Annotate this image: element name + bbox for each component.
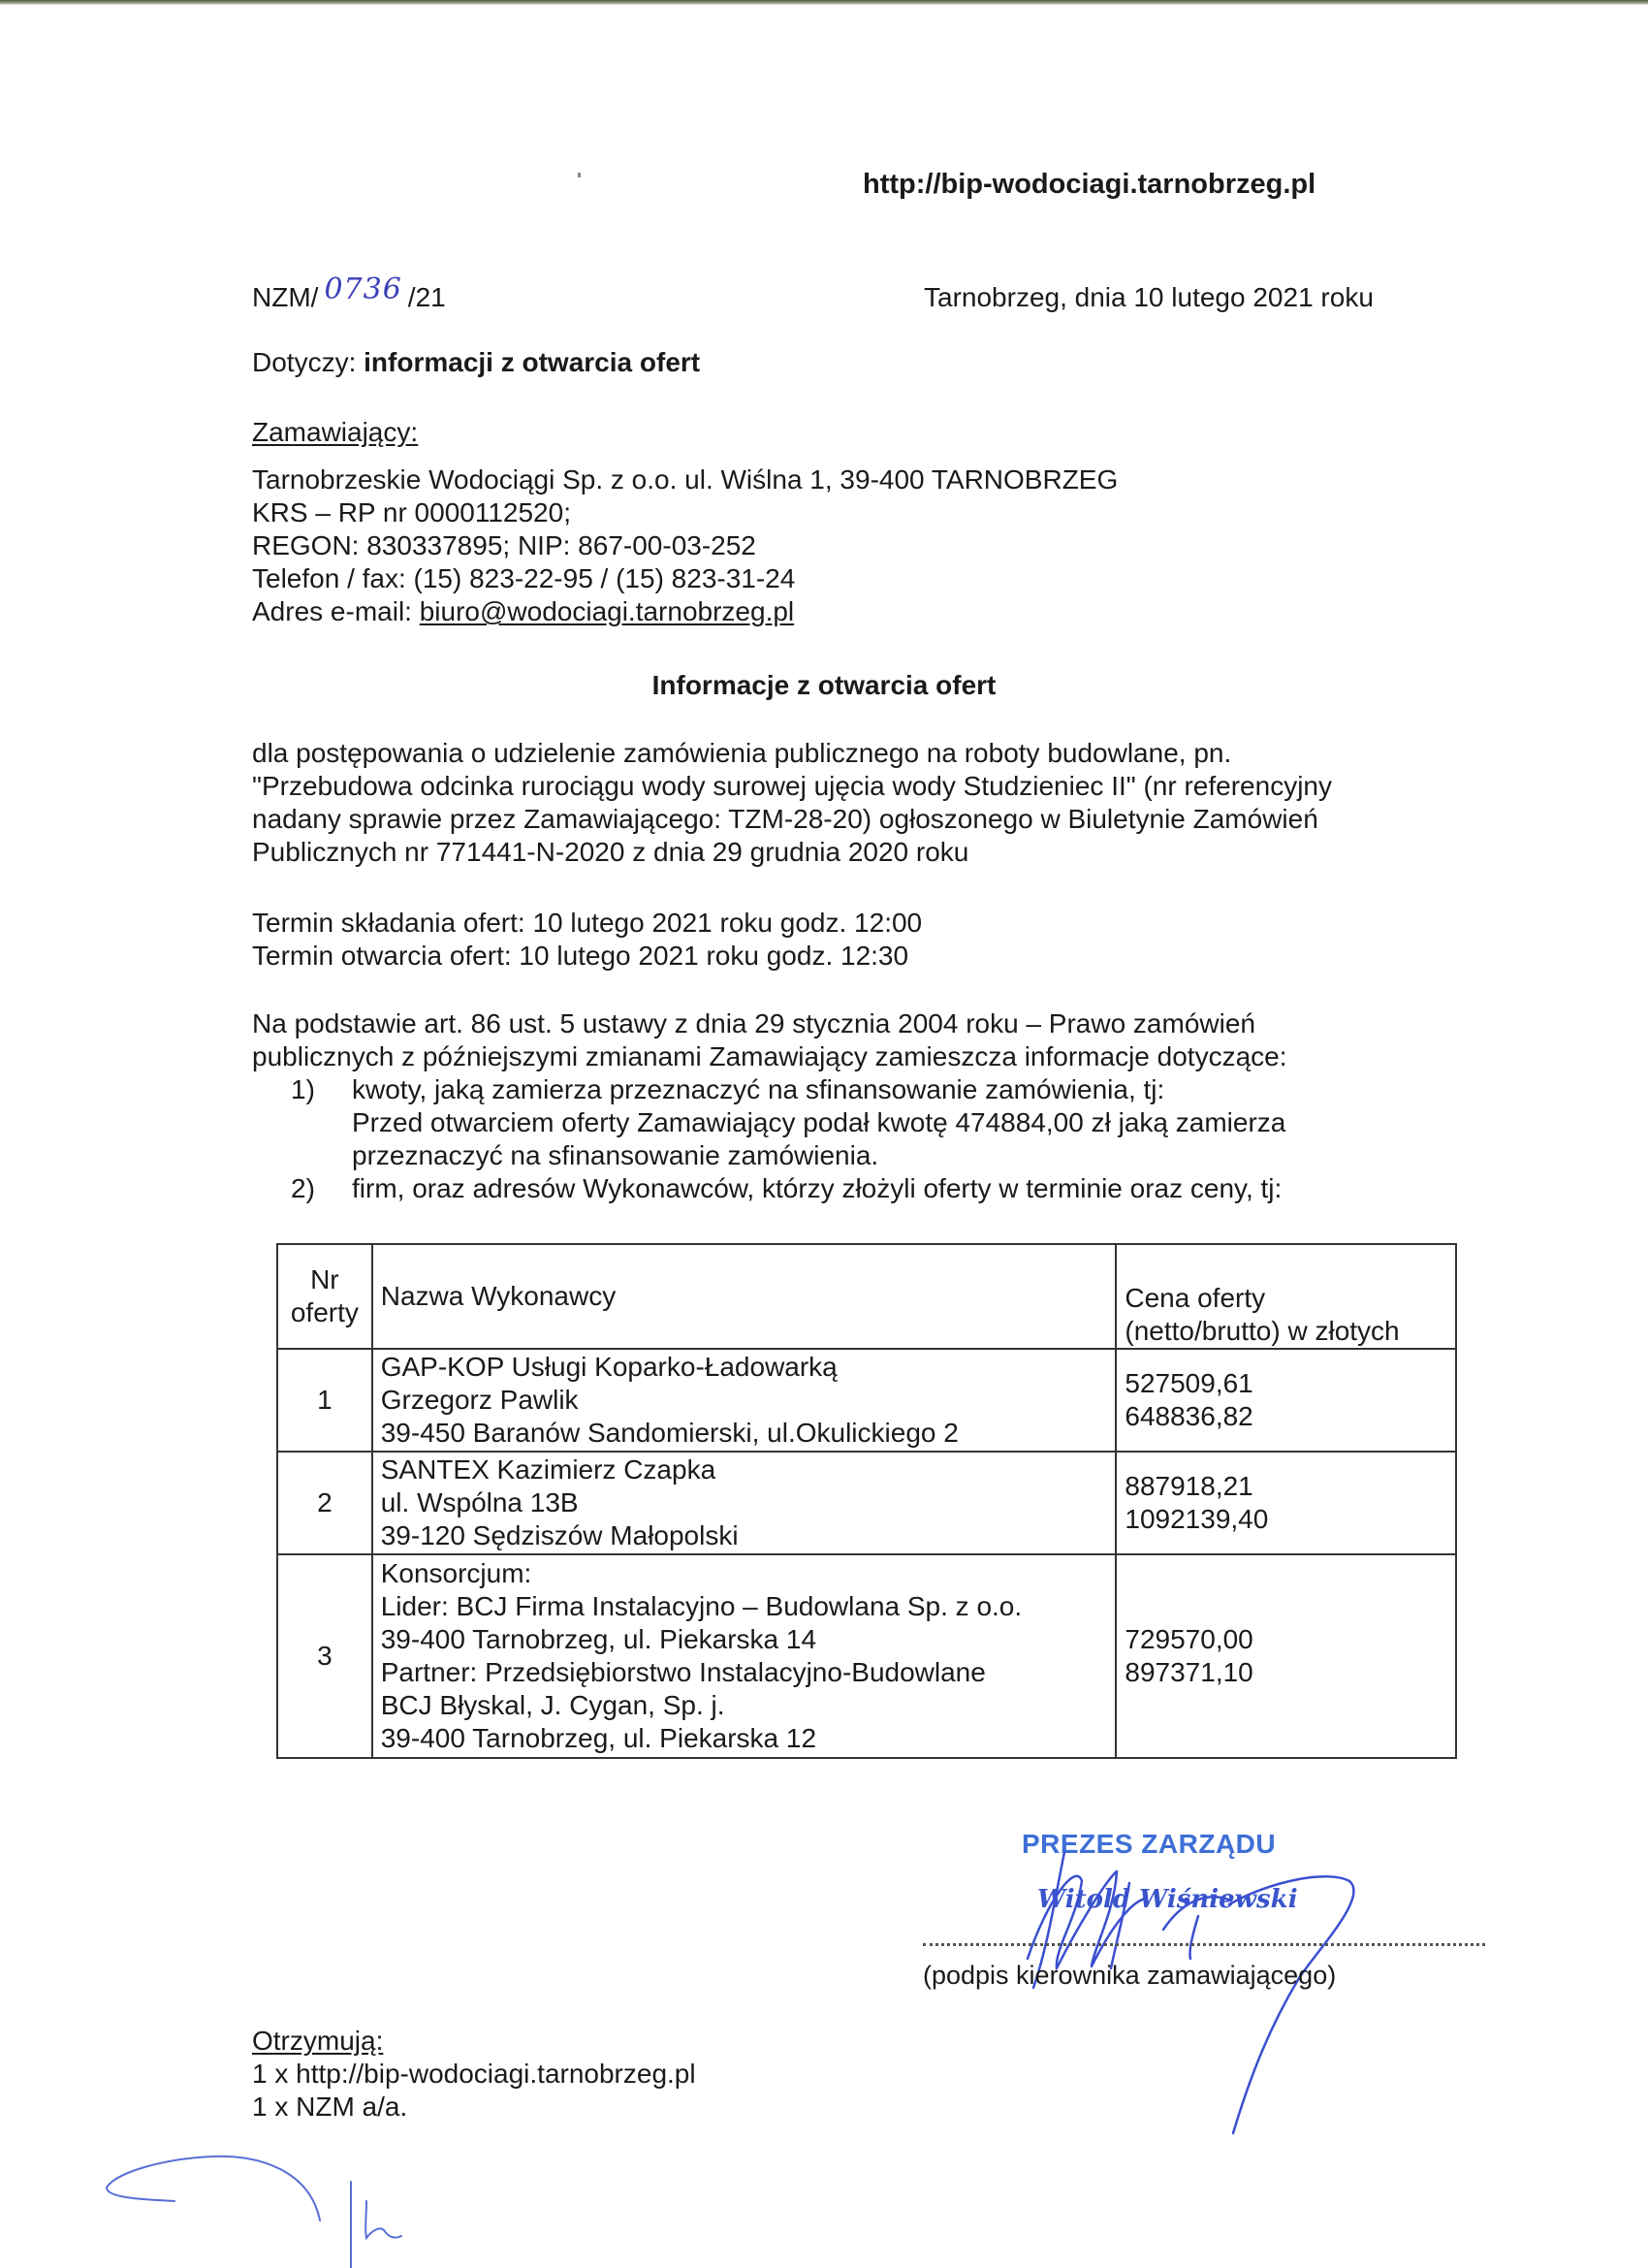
signature-caption: (podpis kierownika zamawiającego) <box>923 1961 1336 1991</box>
section-title: Informacje z otwarcia ofert <box>0 669 1648 702</box>
orderer-phone-fax: Telefon / fax: (15) 823-22-95 / (15) 823… <box>252 562 1118 595</box>
handwritten-reference-number: 0736 <box>324 272 401 306</box>
opening-deadline: Termin otwarcia ofert: 10 lutego 2021 ro… <box>252 940 922 973</box>
orderer-regon-nip: REGON: 830337895; NIP: 867-00-03-252 <box>252 529 1118 562</box>
reference-suffix: /21 <box>408 282 446 312</box>
orderer-address: Tarnobrzeskie Wodociągi Sp. z o.o. ul. W… <box>252 463 1118 496</box>
contractor-line: Partner: Przedsiębiorstwo Instalacyjno-B… <box>381 1656 1108 1689</box>
recipient-item: 1 x http://bip-wodociagi.tarnobrzeg.pl <box>252 2058 696 2091</box>
legal-item-detail: przeznaczyć na sfinansowanie zamówienia. <box>252 1139 1287 1172</box>
contractor-name: GAP-KOP Usługi Koparko-Ładowarką Grzegor… <box>372 1349 1117 1452</box>
subject-text: informacji z otwarcia ofert <box>364 347 700 377</box>
subject-label: Dotyczy: <box>252 347 356 377</box>
legal-item-text: kwoty, jaką zamierza przeznaczyć na sfin… <box>352 1074 1164 1104</box>
intro-line: nadany sprawie przez Zamawiającego: TZM-… <box>252 803 1332 836</box>
scan-edge <box>0 0 1648 5</box>
table-row: 2 SANTEX Kazimierz Czapka ul. Wspólna 13… <box>277 1452 1456 1554</box>
header-text: oferty <box>278 1296 371 1329</box>
offer-number: 1 <box>277 1349 372 1452</box>
orderer-krs: KRS – RP nr 0000112520; <box>252 496 1118 529</box>
price-netto: 887918,21 <box>1125 1470 1447 1503</box>
price-brutto: 1092139,40 <box>1125 1503 1447 1536</box>
price-brutto: 897371,10 <box>1125 1656 1447 1689</box>
contractor-line: 39-120 Sędziszów Małopolski <box>381 1519 1108 1552</box>
recipient-item: 1 x NZM a/a. <box>252 2091 696 2124</box>
offer-price: 887918,21 1092139,40 <box>1116 1452 1456 1554</box>
header-text: Nr <box>278 1263 371 1296</box>
legal-item-1: 1)kwoty, jaką zamierza przeznaczyć na sf… <box>252 1073 1287 1106</box>
recipients-label: Otrzymują: <box>252 2025 696 2058</box>
contractor-line: Konsorcjum: <box>381 1557 1108 1590</box>
list-number: 2) <box>291 1172 352 1205</box>
orderer-details: Tarnobrzeskie Wodociągi Sp. z o.o. ul. W… <box>252 463 1118 628</box>
contractor-name: SANTEX Kazimierz Czapka ul. Wspólna 13B … <box>372 1452 1117 1554</box>
contractor-line: 39-400 Tarnobrzeg, ul. Piekarska 14 <box>381 1623 1108 1656</box>
deadlines: Termin składania ofert: 10 lutego 2021 r… <box>252 907 922 973</box>
offer-number: 3 <box>277 1554 372 1758</box>
header-url: http://bip-wodociagi.tarnobrzeg.pl <box>863 169 1315 201</box>
scan-speck <box>578 173 581 177</box>
header-offer-price: Cena oferty (netto/brutto) w złotych <box>1116 1244 1456 1349</box>
legal-item-detail: Przed otwarciem oferty Zamawiający podał… <box>252 1106 1287 1139</box>
email-link[interactable]: biuro@wodociagi.tarnobrzeg.pl <box>420 596 794 626</box>
contractor-line: BCJ Błyskal, J. Cygan, Sp. j. <box>381 1689 1108 1722</box>
header-contractor-name: Nazwa Wykonawcy <box>372 1244 1117 1349</box>
legal-item-text: firm, oraz adresów Wykonawców, którzy zł… <box>352 1173 1282 1203</box>
contractor-line: 39-450 Baranów Sandomierski, ul.Okulicki… <box>381 1417 1108 1450</box>
contractor-line: Grzegorz Pawlik <box>381 1384 1108 1417</box>
intro-line: "Przebudowa odcinka rurociągu wody surow… <box>252 770 1332 803</box>
price-netto: 527509,61 <box>1125 1367 1447 1400</box>
reference-number: NZM/0736/21 <box>252 281 446 314</box>
offers-table: Nr oferty Nazwa Wykonawcy Cena oferty (n… <box>276 1243 1457 1759</box>
header-text: (netto/brutto) w złotych <box>1125 1315 1447 1348</box>
legal-line: Na podstawie art. 86 ust. 5 ustawy z dni… <box>252 1007 1287 1040</box>
table-row: 3 Konsorcjum: Lider: BCJ Firma Instalacy… <box>277 1554 1456 1758</box>
reference-prefix: NZM/ <box>252 282 318 312</box>
intro-line: dla postępowania o udzielenie zamówienia… <box>252 737 1332 770</box>
orderer-email-line: Adres e-mail: biuro@wodociagi.tarnobrzeg… <box>252 595 1118 628</box>
offer-price: 729570,00 897371,10 <box>1116 1554 1456 1758</box>
contractor-line: 39-400 Tarnobrzeg, ul. Piekarska 12 <box>381 1722 1108 1755</box>
contractor-line: Lider: BCJ Firma Instalacyjno – Budowlan… <box>381 1590 1108 1623</box>
handwritten-initials-icon <box>97 2153 427 2268</box>
handwritten-signature-icon <box>1008 1842 1396 2153</box>
date-line: Tarnobrzeg, dnia 10 lutego 2021 roku <box>924 281 1374 314</box>
contractor-name: Konsorcjum: Lider: BCJ Firma Instalacyjn… <box>372 1554 1117 1758</box>
legal-item-2: 2)firm, oraz adresów Wykonawców, którzy … <box>252 1172 1287 1205</box>
contractor-line: ul. Wspólna 13B <box>381 1486 1108 1519</box>
orderer-label: Zamawiający: <box>252 416 418 449</box>
contractor-line: GAP-KOP Usługi Koparko-Ładowarką <box>381 1351 1108 1384</box>
signature-dotted-line <box>923 1943 1485 1946</box>
procedure-intro: dla postępowania o udzielenie zamówienia… <box>252 737 1332 869</box>
table-header-row: Nr oferty Nazwa Wykonawcy Cena oferty (n… <box>277 1244 1456 1349</box>
email-label: Adres e-mail: <box>252 596 412 626</box>
contractor-line: SANTEX Kazimierz Czapka <box>381 1453 1108 1486</box>
offer-number: 2 <box>277 1452 372 1554</box>
list-number: 1) <box>291 1073 352 1106</box>
header-offer-number: Nr oferty <box>277 1244 372 1349</box>
offer-price: 527509,61 648836,82 <box>1116 1349 1456 1452</box>
price-netto: 729570,00 <box>1125 1623 1447 1656</box>
legal-basis: Na podstawie art. 86 ust. 5 ustawy z dni… <box>252 1007 1287 1205</box>
legal-line: publicznych z późniejszymi zmianami Zama… <box>252 1040 1287 1073</box>
submission-deadline: Termin składania ofert: 10 lutego 2021 r… <box>252 907 922 940</box>
header-text: Cena oferty <box>1125 1282 1447 1315</box>
price-brutto: 648836,82 <box>1125 1400 1447 1433</box>
intro-line: Publicznych nr 771441-N-2020 z dnia 29 g… <box>252 836 1332 869</box>
recipients: Otrzymują: 1 x http://bip-wodociagi.tarn… <box>252 2025 696 2124</box>
subject-line: Dotyczy: informacji z otwarcia ofert <box>252 346 700 379</box>
table-row: 1 GAP-KOP Usługi Koparko-Ładowarką Grzeg… <box>277 1349 1456 1452</box>
